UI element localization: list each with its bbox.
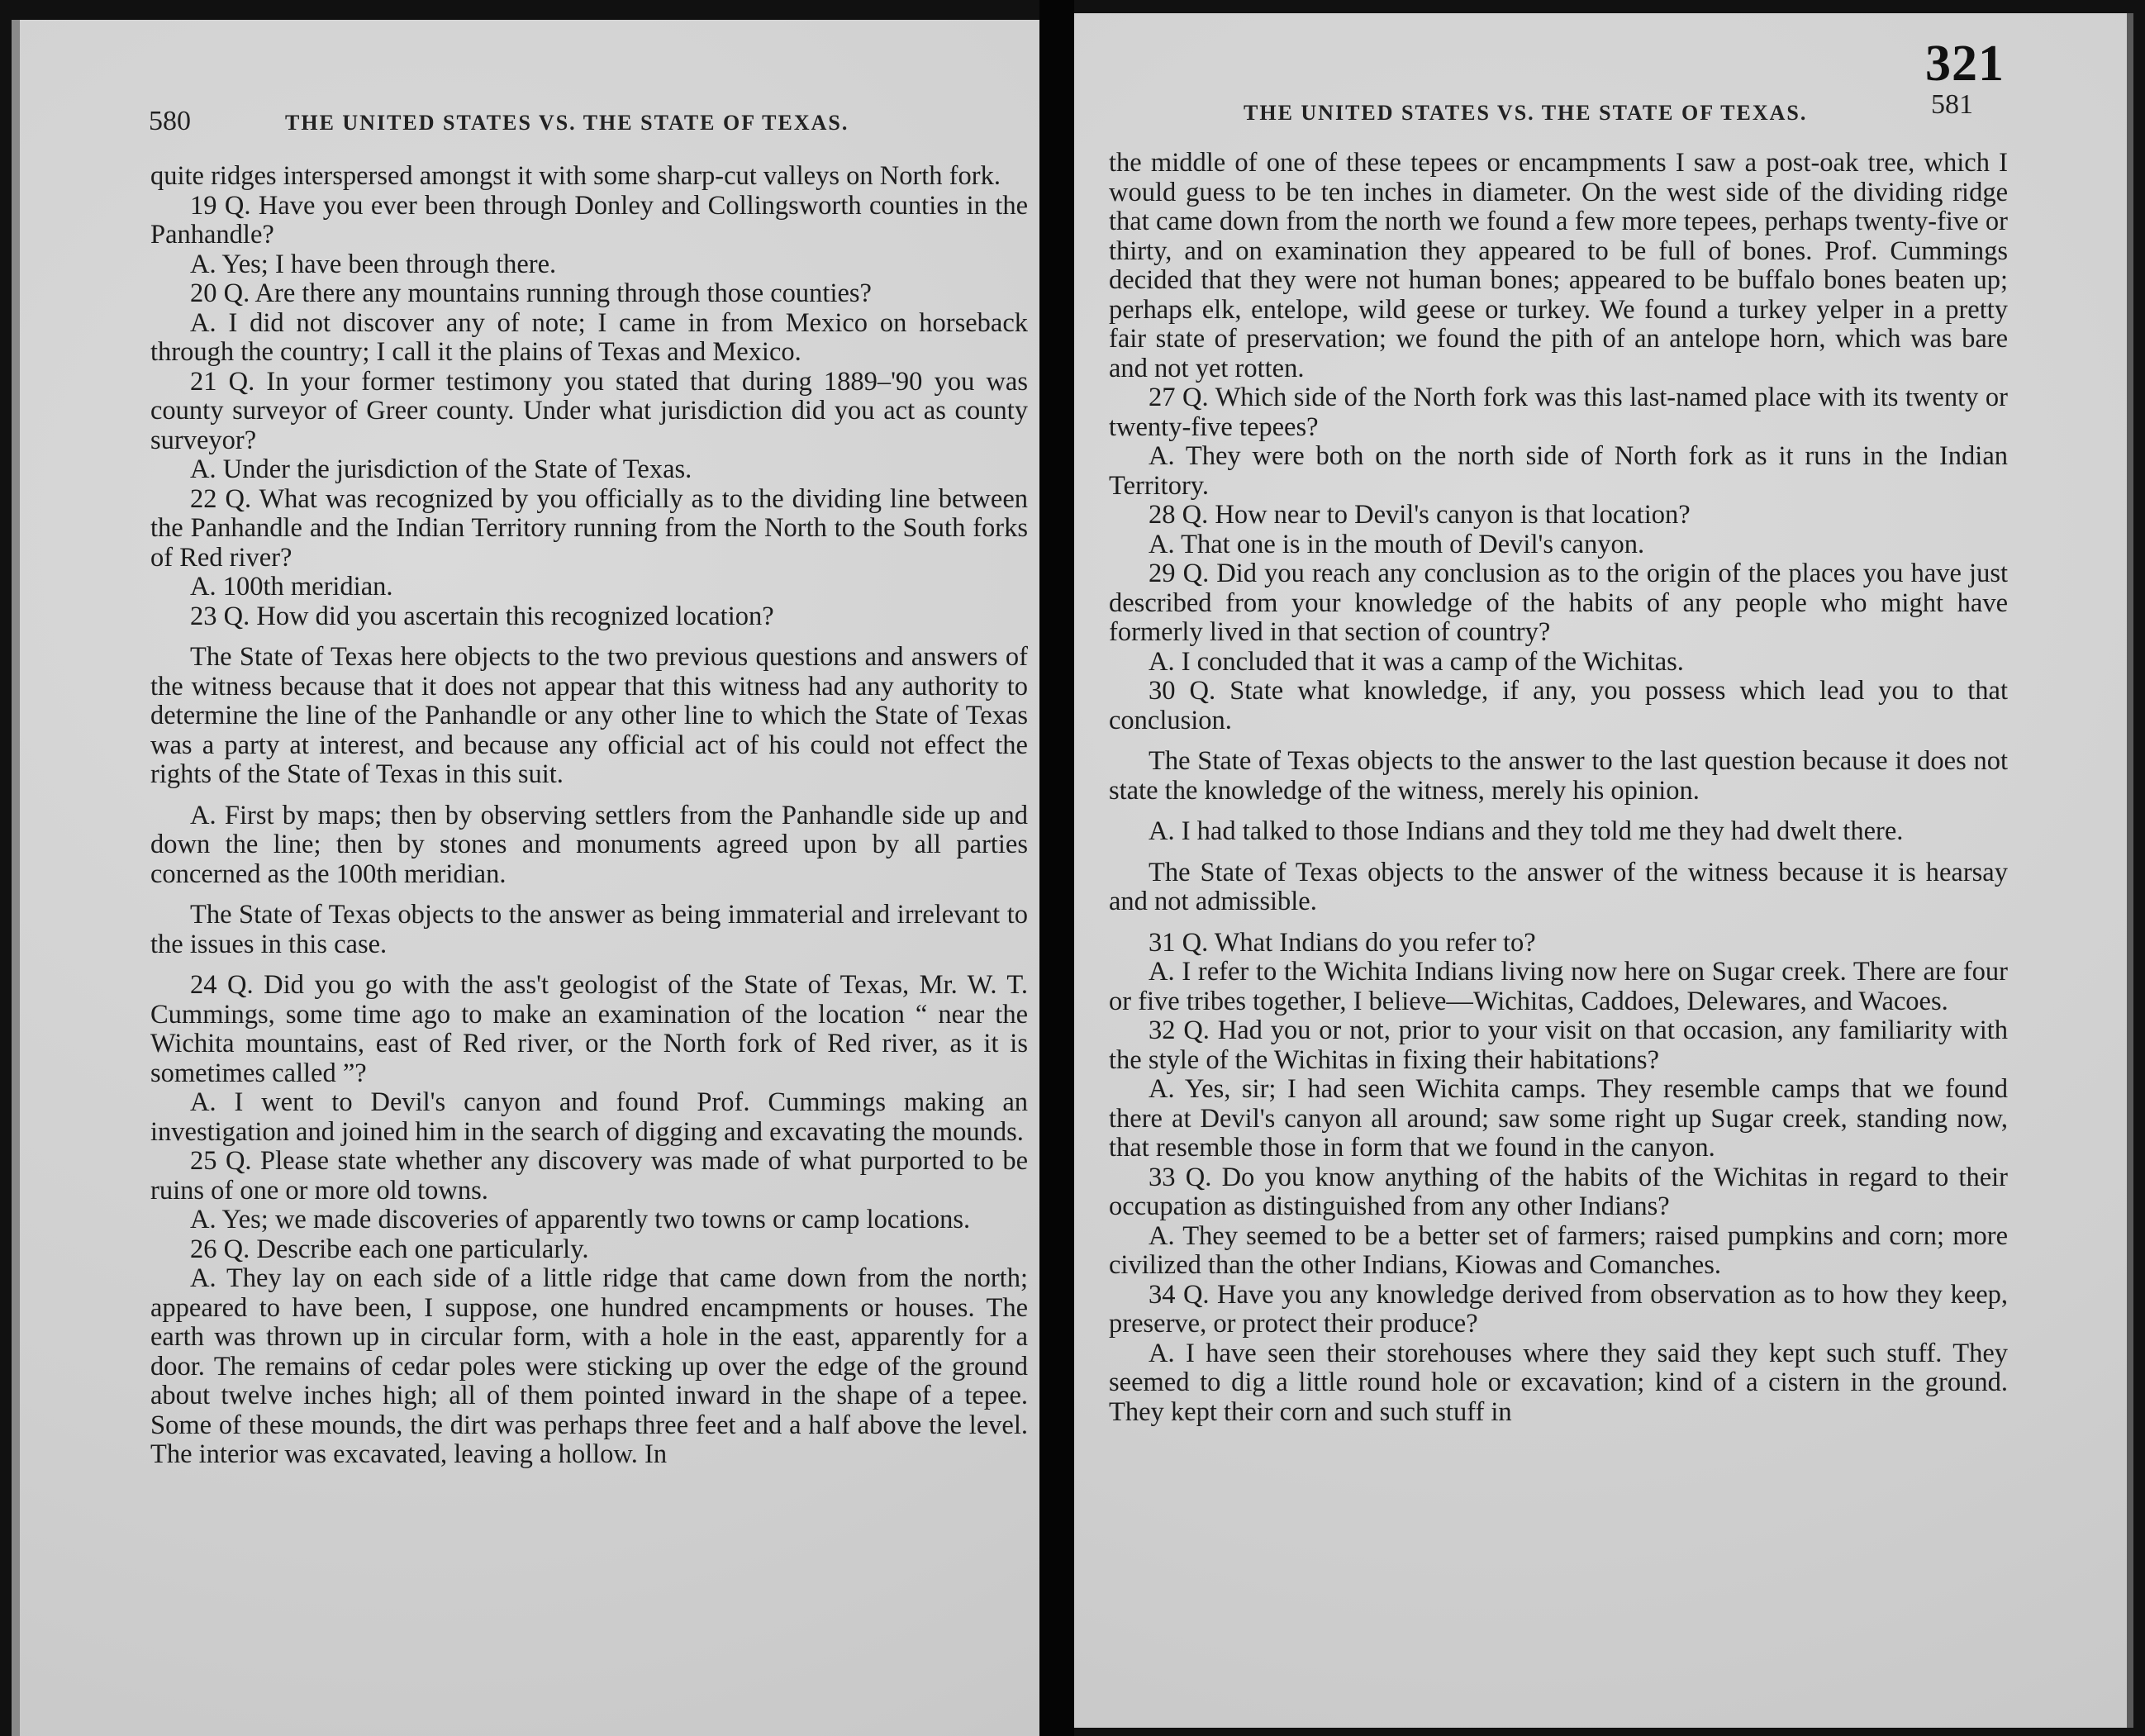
paragraph: A. 100th meridian. [150,573,1028,602]
paragraph: A. Under the jurisdiction of the State o… [150,455,1028,485]
right-page-text: the middle of one of these tepees or enc… [1109,149,2008,1427]
paragraph: A. I went to Devil's canyon and found Pr… [150,1088,1028,1147]
paragraph: quite ridges interspersed amongst it wit… [150,162,1028,192]
paragraph: 25 Q. Please state whether any discovery… [150,1147,1028,1206]
paragraph: 23 Q. How did you ascertain this recogni… [150,602,1028,632]
paragraph: 31 Q. What Indians do you refer to? [1109,929,2008,958]
paragraph: The State of Texas objects to the answer… [1109,747,2008,806]
paragraph: 28 Q. How near to Devil's canyon is that… [1109,501,2008,530]
paragraph: The State of Texas objects to the answer… [1109,858,2008,917]
book-spine [1039,0,1074,1736]
paragraph: 21 Q. In your former testimony you state… [150,368,1028,456]
paragraph: 27 Q. Which side of the North fork was t… [1109,383,2008,442]
left-page-number: 580 [149,106,191,137]
paragraph: A. Yes, sir; I had seen Wichita camps. T… [1109,1075,2008,1163]
paragraph: 29 Q. Did you reach any conclusion as to… [1109,559,2008,648]
paragraph: A. That one is in the mouth of Devil's c… [1109,530,2008,560]
paragraph: A. They seemed to be a better set of far… [1109,1222,2008,1281]
paragraph: 20 Q. Are there any mountains running th… [150,279,1028,309]
paragraph: 19 Q. Have you ever been through Donley … [150,192,1028,250]
paragraph: A. They lay on each side of a little rid… [150,1264,1028,1470]
right-running-head: THE UNITED STATES VS. THE STATE OF TEXAS… [1244,101,1807,126]
paragraph: A. They were both on the north side of N… [1109,442,2008,501]
paragraph: 26 Q. Describe each one particularly. [150,1235,1028,1265]
paragraph: 30 Q. State what knowledge, if any, you … [1109,677,2008,735]
paragraph: 33 Q. Do you know anything of the habits… [1109,1163,2008,1222]
paragraph: A. I concluded that it was a camp of the… [1109,648,2008,678]
stamp-number: 321 [1925,35,2005,93]
left-page-text: quite ridges interspersed amongst it wit… [150,162,1028,1470]
paragraph: A. I did not discover any of note; I cam… [150,309,1028,368]
left-running-head: THE UNITED STATES VS. THE STATE OF TEXAS… [285,111,849,136]
paragraph: The State of Texas here objects to the t… [150,643,1028,790]
paragraph: A. Yes; we made discoveries of apparentl… [150,1206,1028,1235]
paragraph: 22 Q. What was recognized by you officia… [150,485,1028,573]
paragraph: 32 Q. Had you or not, prior to your visi… [1109,1016,2008,1075]
right-page-number: 581 [1931,89,1973,121]
paragraph: The State of Texas objects to the answer… [150,901,1028,959]
paragraph: 24 Q. Did you go with the ass't geologis… [150,971,1028,1088]
paragraph: A. Yes; I have been through there. [150,250,1028,280]
paragraph: A. I have seen their storehouses where t… [1109,1339,2008,1428]
paragraph: 34 Q. Have you any knowledge derived fro… [1109,1281,2008,1339]
paragraph: the middle of one of these tepees or enc… [1109,149,2008,383]
paragraph: A. I refer to the Wichita Indians living… [1109,958,2008,1016]
paragraph: A. First by maps; then by observing sett… [150,801,1028,890]
paragraph: A. I had talked to those Indians and the… [1109,817,2008,847]
